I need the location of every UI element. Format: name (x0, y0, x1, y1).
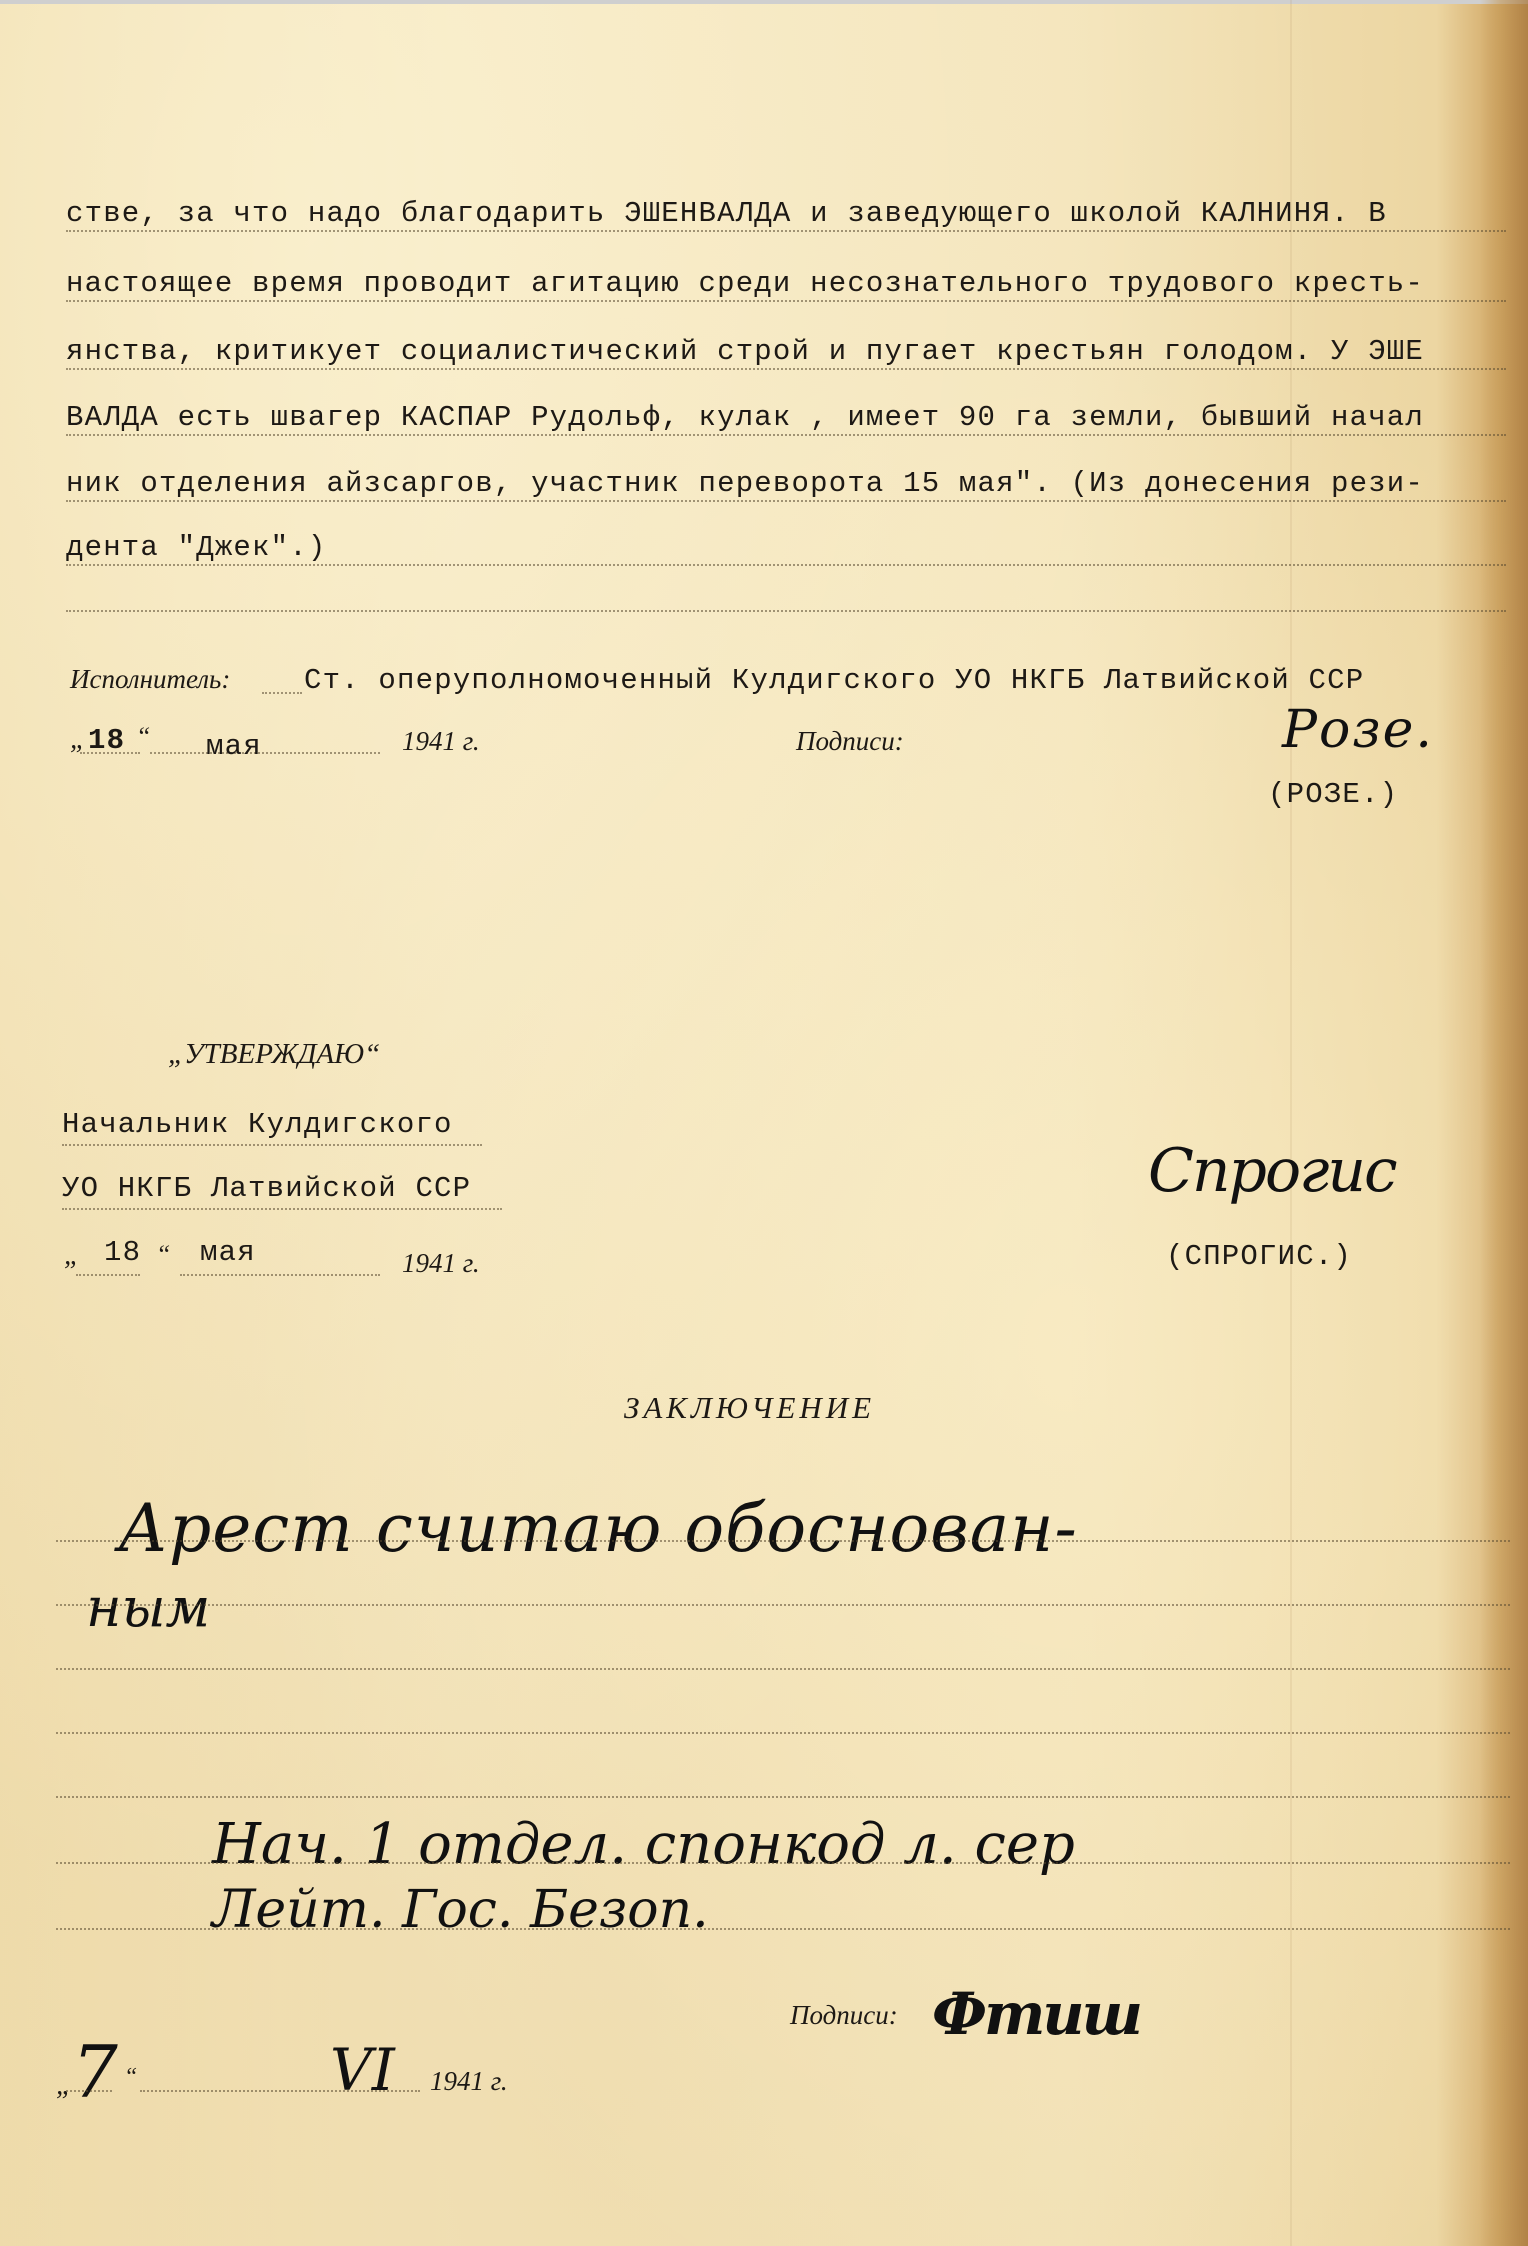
dotted-rule (56, 1732, 1510, 1734)
dotted-rule (56, 1668, 1510, 1670)
executor-label: Исполнитель: (70, 664, 230, 695)
conclusion-official-line2: Лейт. Гос. Безоп. (212, 1880, 709, 1940)
dotted-rule (76, 1274, 140, 1276)
dotted-rule (56, 1796, 1510, 1798)
date-close-quote: “ (124, 2064, 137, 2091)
date-open-quote: „ (56, 2070, 72, 2102)
date-year: 1941 г. (430, 2066, 508, 2097)
dotted-rule (262, 692, 302, 694)
report-line-text: настоящее время проводит агитацию среди … (66, 267, 1424, 300)
report-line: ВАЛДА есть швагер КАСПАР Рудольф, кулак … (66, 384, 1506, 446)
report-line-text: ник отделения айзсаргов, участник перево… (66, 467, 1424, 500)
report-line: дента "Джек".) (66, 514, 1506, 576)
dotted-rule (66, 300, 1506, 302)
dotted-rule (56, 1928, 1510, 1930)
signatures-label: Подписи: (796, 726, 904, 757)
date-day: 7 (72, 2030, 118, 2114)
report-line-text: янства, критикует социалистический строй… (66, 335, 1424, 368)
typed-signature-sprogis: (СПРОГИС.) (1166, 1240, 1352, 2234)
signatures-label: Подписи: (790, 2000, 898, 2031)
dotted-rule (66, 500, 1506, 502)
dotted-rule (150, 752, 380, 754)
dotted-rule (80, 752, 140, 754)
report-line: янства, критикует социалистический строй… (66, 318, 1506, 380)
dotted-rule (66, 368, 1506, 370)
dotted-rule (66, 610, 1506, 612)
dotted-rule (66, 2090, 112, 2092)
report-line-text: дента "Джек".) (66, 531, 326, 564)
dotted-rule (180, 1274, 380, 1276)
report-line: настоящее время проводит агитацию среди … (66, 250, 1506, 312)
handwritten-signature-chief: Фтиш (932, 1980, 1140, 2048)
dotted-rule (62, 1144, 482, 1146)
date-year: 1941 г. (402, 1248, 480, 1279)
conclusion-handwritten-line2: ным (86, 1576, 210, 1639)
report-line-text: стве, за что надо благодарить ЭШЕНВАЛДА … (66, 197, 1387, 230)
executor-position: Ст. оперуполномоченный Кулдигского УО НК… (304, 664, 1364, 697)
conclusion-official-line1: Нач. 1 отдел. спонкод л. сер (212, 1812, 1075, 1877)
approval-heading: „УТВЕРЖДАЮ“ (168, 1038, 380, 1071)
date-close-quote: “ (136, 722, 150, 752)
scan-top-edge (0, 0, 1528, 4)
date-year: 1941 г. (402, 726, 480, 757)
date-month: мая (200, 1236, 256, 2234)
dotted-rule (56, 1604, 1510, 1606)
dotted-rule (56, 1540, 1510, 1542)
dotted-rule (56, 1862, 1510, 1864)
handwritten-signature-roze: Розе. (1282, 700, 1434, 760)
date-month: VI (330, 2036, 395, 2104)
report-line: стве, за что надо благодарить ЭШЕНВАЛДА … (66, 180, 1506, 242)
conclusion-heading: ЗАКЛЮЧЕНИЕ (624, 1390, 875, 1426)
dotted-rule (66, 434, 1506, 436)
date-close-quote: “ (156, 1240, 170, 1270)
dotted-rule (66, 230, 1506, 232)
date-open-quote: „ (64, 1240, 80, 1272)
conclusion-handwritten-line1: Арест считаю обоснован- (118, 1490, 1078, 1567)
report-line-text: ВАЛДА есть швагер КАСПАР Рудольф, кулак … (66, 401, 1424, 434)
dotted-rule (62, 1208, 502, 1210)
report-line: ник отделения айзсаргов, участник перево… (66, 450, 1506, 512)
dotted-rule (66, 564, 1506, 566)
handwritten-signature-sprogis: Спрогис (1148, 1136, 1396, 1206)
